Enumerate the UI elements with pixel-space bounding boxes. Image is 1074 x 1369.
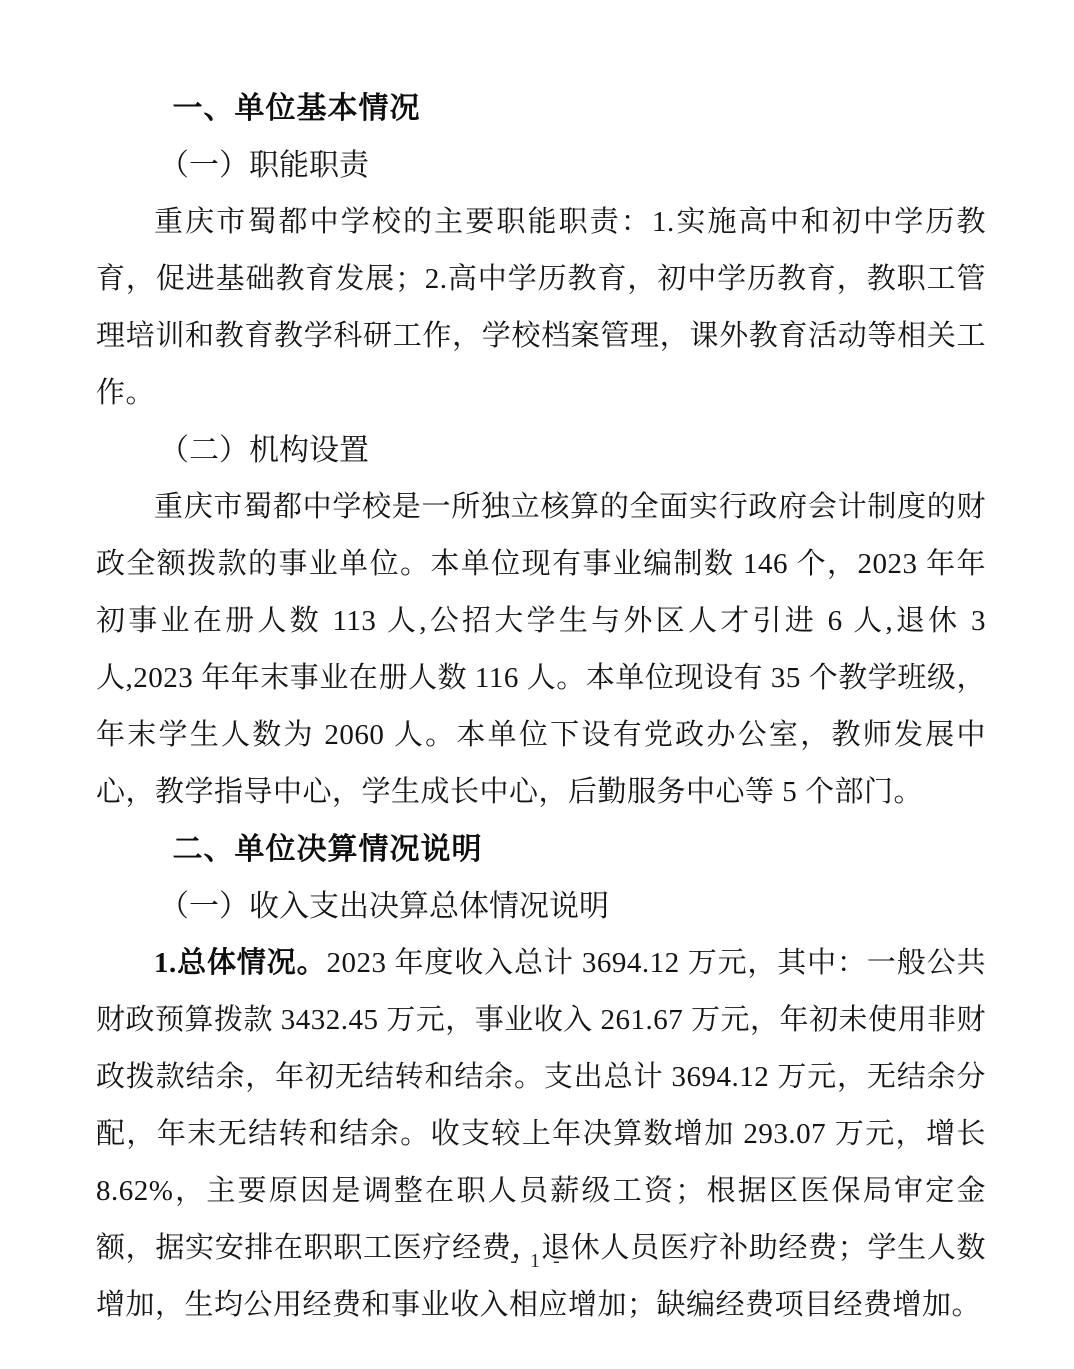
subsection-heading-income-expenditure: （一）收入支出决算总体情况说明 bbox=[96, 878, 986, 935]
section-heading-final-accounts: 二、单位决算情况说明 bbox=[96, 821, 986, 878]
paragraph-duties: 重庆市蜀都中学校的主要职能职责：1.实施高中和初中学历教育，促进基础教育发展；2… bbox=[96, 194, 986, 422]
document-body: 一、单位基本情况 （一）职能职责 重庆市蜀都中学校的主要职能职责：1.实施高中和… bbox=[96, 80, 986, 1334]
paragraph-overall-situation: 1.总体情况。2023 年度收入总计 3694.12 万元，其中：一般公共财政预… bbox=[96, 935, 986, 1334]
subsection-heading-duties: （一）职能职责 bbox=[96, 137, 986, 194]
section-heading-basic-info: 一、单位基本情况 bbox=[96, 80, 986, 137]
paragraph-lead-overall: 1.总体情况。 bbox=[154, 947, 326, 979]
subsection-heading-structure: （二）机构设置 bbox=[96, 422, 986, 479]
document-page: 一、单位基本情况 （一）职能职责 重庆市蜀都中学校的主要职能职责：1.实施高中和… bbox=[0, 0, 1074, 1369]
paragraph-structure: 重庆市蜀都中学校是一所独立核算的全面实行政府会计制度的财政全额拨款的事业单位。本… bbox=[96, 479, 986, 821]
page-number: - 1 - bbox=[0, 1250, 1074, 1273]
